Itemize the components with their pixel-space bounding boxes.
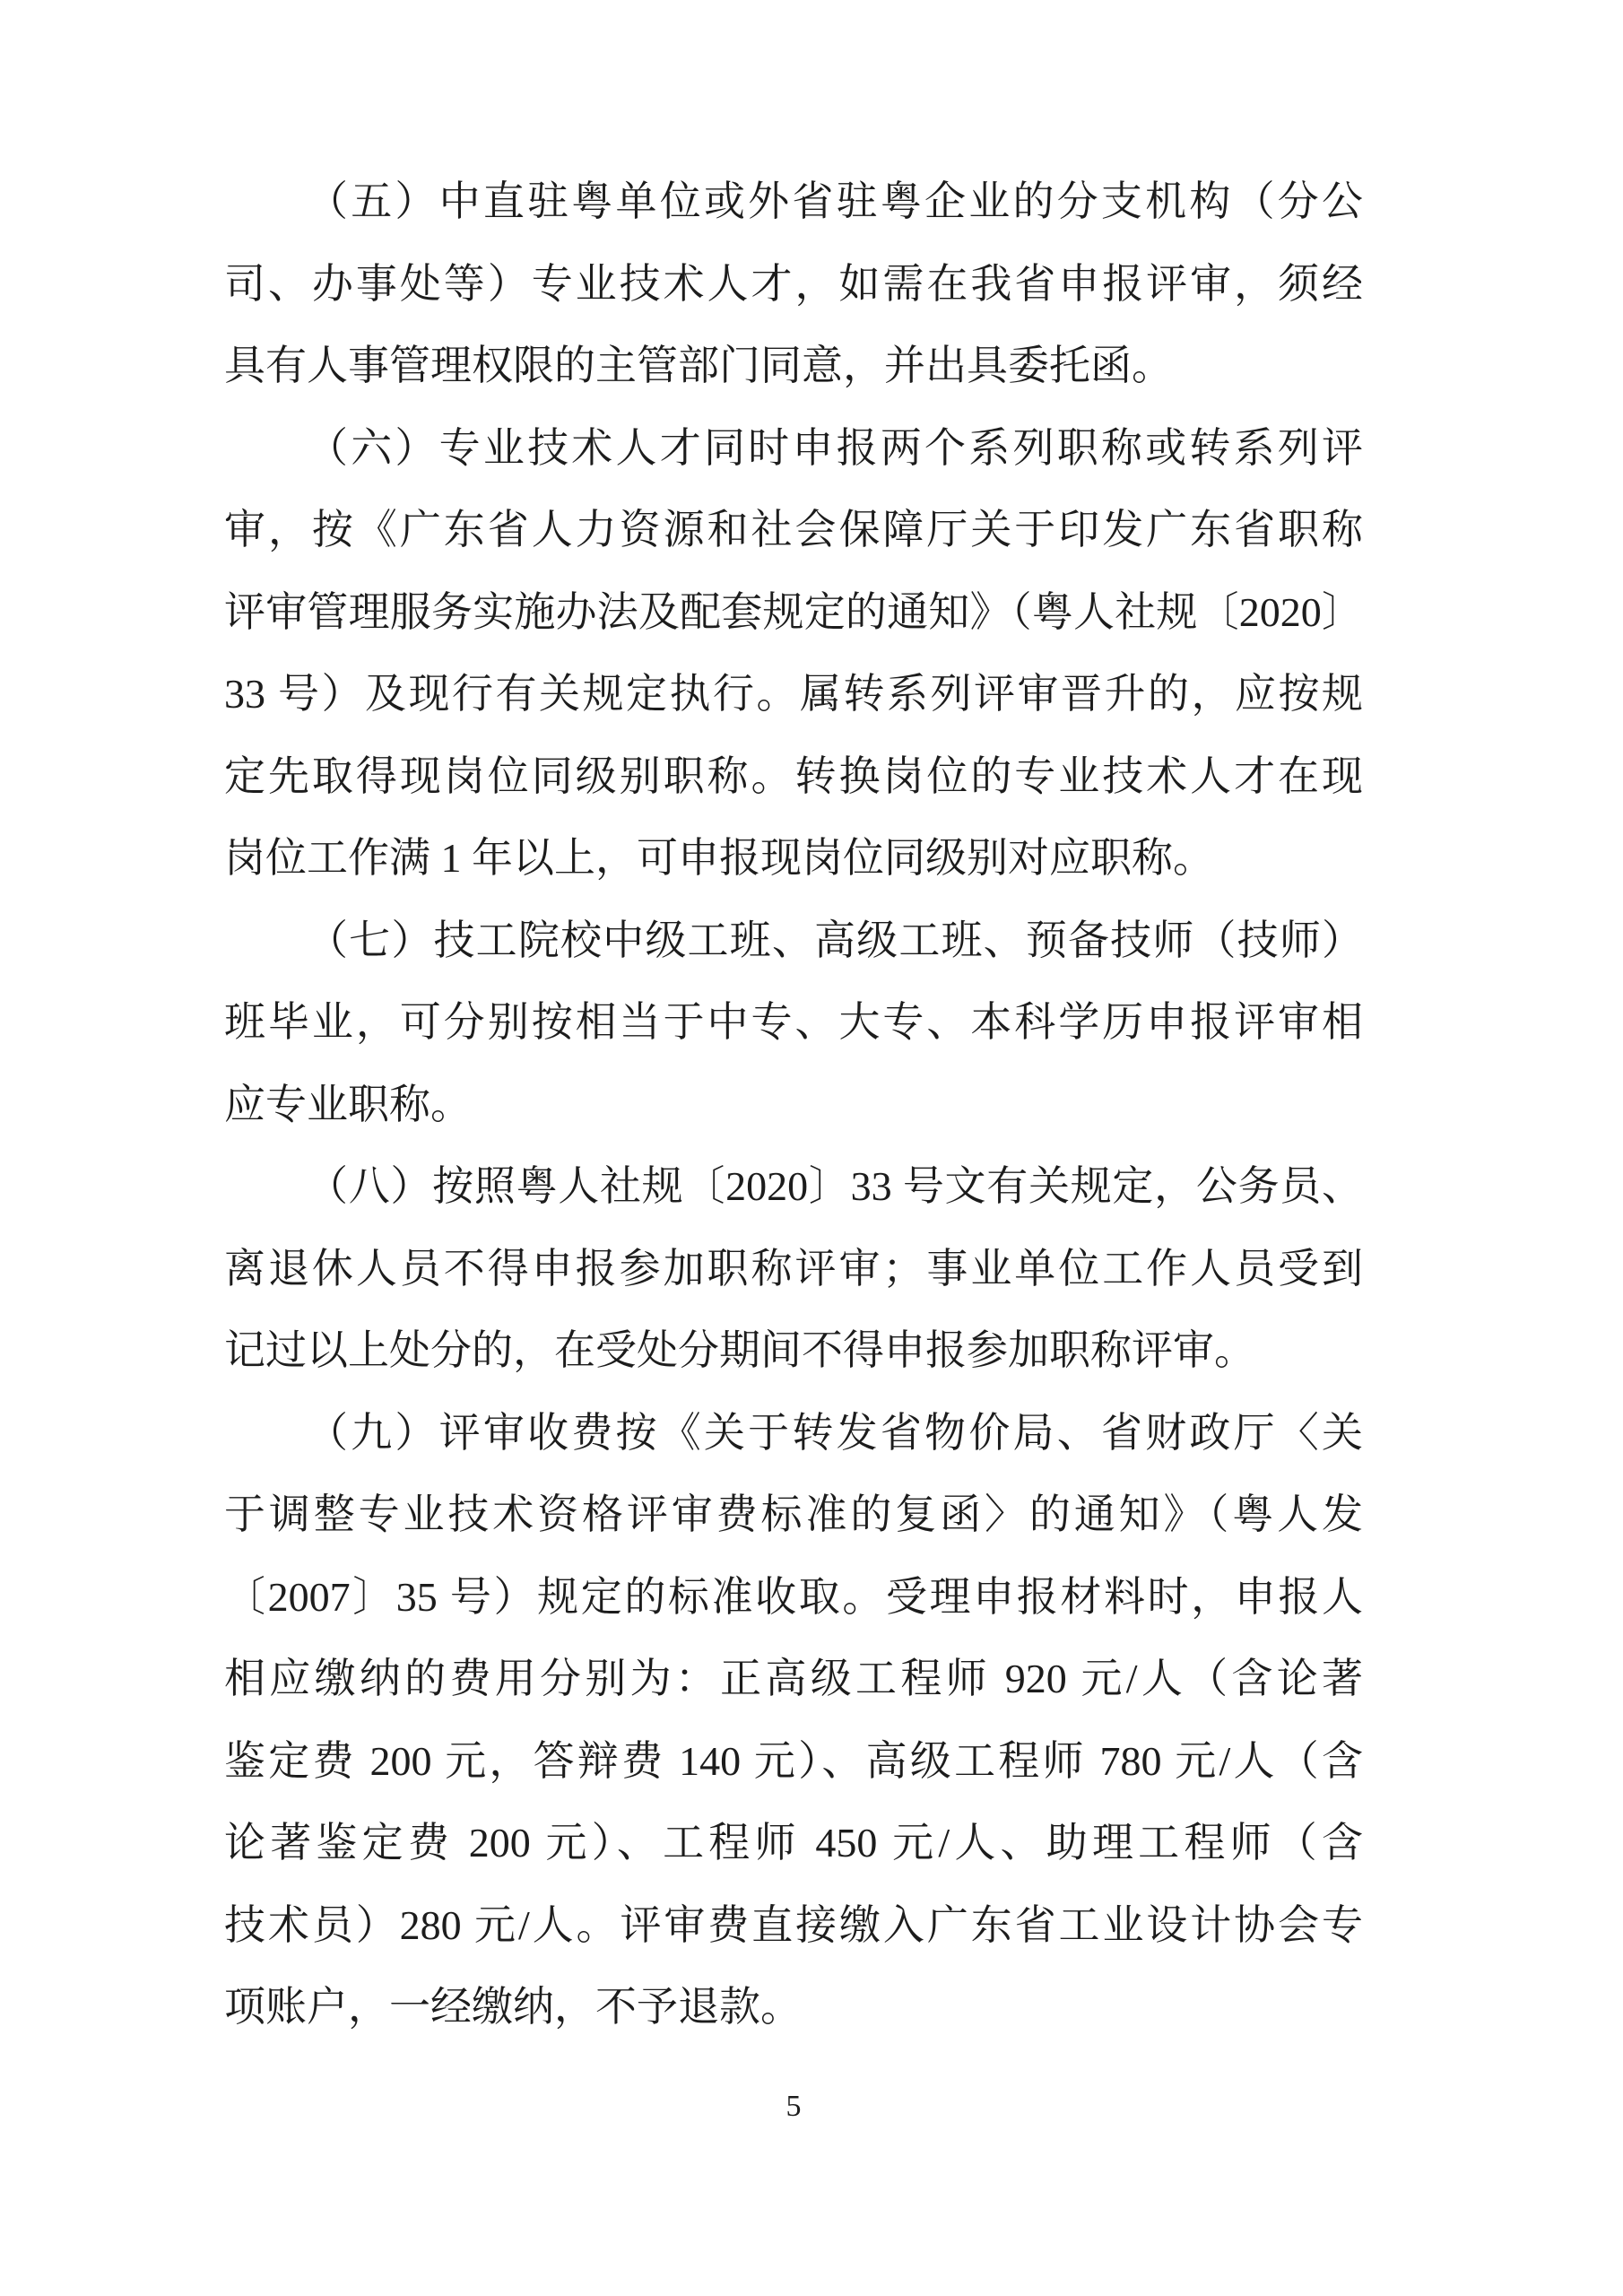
text-line: 定先取得现岗位同级别职称。转换岗位的专业技术人才在现 [224,735,1363,818]
text-line: 岗位工作满 1 年以上，可申报现岗位同级别对应职称。 [224,817,1363,900]
text-line: 33 号）及现行有关规定执行。属转系列评审晋升的，应按规 [224,653,1363,735]
document-page: （五）中直驻粤单位或外省驻粤企业的分支机构（分公司、办事处等）专业技术人才，如需… [0,0,1623,2296]
text-line: 鉴定费 200 元，答辩费 140 元）、高级工程师 780 元/人（含 [224,1720,1363,1803]
text-line: （八）按照粤人社规〔2020〕33 号文有关规定，公务员、 [224,1145,1363,1228]
text-line: 论著鉴定费 200 元）、工程师 450 元/人、助理工程师（含 [224,1802,1363,1884]
text-line: 〔2007〕35 号）规定的标准收取。受理申报材料时，申报人 [224,1556,1363,1639]
text-line: 离退休人员不得申报参加职称评审；事业单位工作人员受到 [224,1228,1363,1310]
text-line: （五）中直驻粤单位或外省驻粤企业的分支机构（分公 [224,161,1363,243]
text-line: 具有人事管理权限的主管部门同意，并出具委托函。 [224,325,1363,407]
text-line: 记过以上处分的，在受处分期间不得申报参加职称评审。 [224,1309,1363,1392]
document-body: （五）中直驻粤单位或外省驻粤企业的分支机构（分公司、办事处等）专业技术人才，如需… [224,161,1363,2048]
text-line: 班毕业，可分别按相当于中专、大专、本科学历申报评审相 [224,981,1363,1064]
text-line: 评审管理服务实施办法及配套规定的通知》（粤人社规〔2020〕 [224,571,1363,654]
page-number: 5 [224,2090,1363,2124]
text-line: 于调整专业技术资格评审费标准的复函〉的通知》（粤人发 [224,1474,1363,1556]
text-line: （七）技工院校中级工班、高级工班、预备技师（技师） [224,900,1363,982]
text-line: （九）评审收费按《关于转发省物价局、省财政厅〈关 [224,1392,1363,1474]
text-line: 审，按《广东省人力资源和社会保障厅关于印发广东省职称 [224,489,1363,571]
text-line: 应专业职称。 [224,1064,1363,1146]
text-line: 技术员）280 元/人。评审费直接缴入广东省工业设计协会专 [224,1884,1363,1967]
text-line: 相应缴纳的费用分别为：正高级工程师 920 元/人（含论著 [224,1638,1363,1720]
text-line: 司、办事处等）专业技术人才，如需在我省申报评审，须经 [224,243,1363,326]
text-line: 项账户，一经缴纳，不予退款。 [224,1966,1363,2048]
text-line: （六）专业技术人才同时申报两个系列职称或转系列评 [224,407,1363,490]
